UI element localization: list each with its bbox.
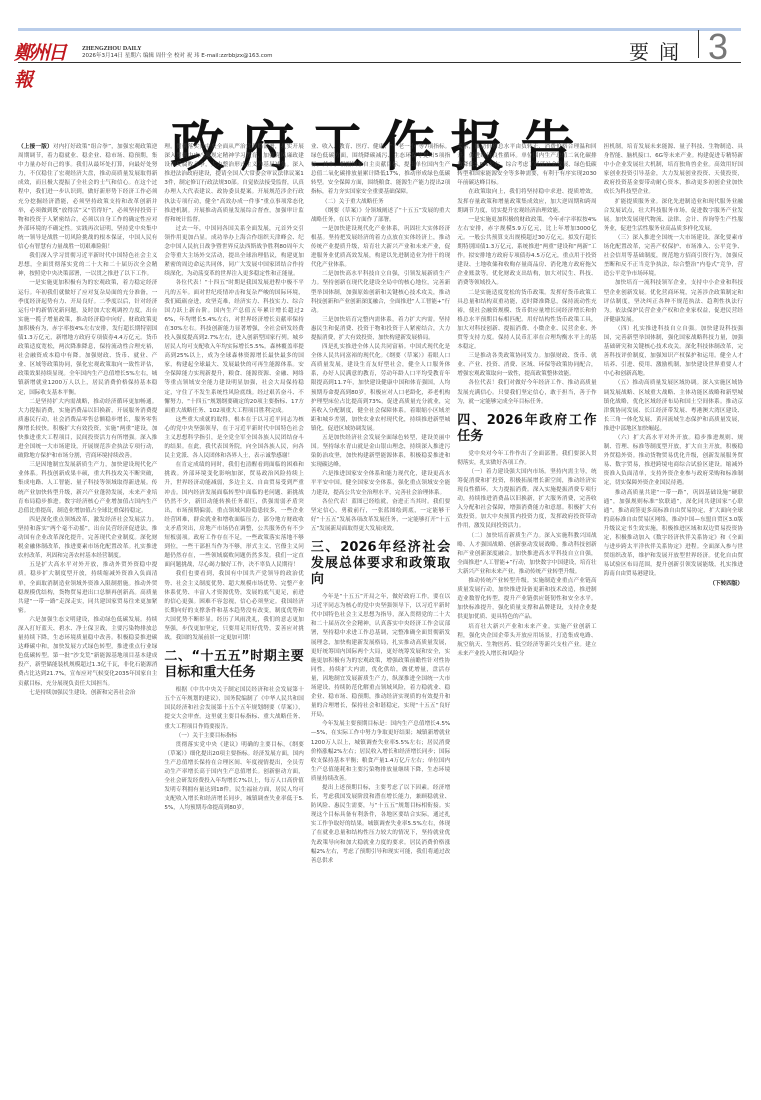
paragraph: 我们深入学习贯彻习近平新时代中国特色社会主义思想，全面贯彻落实党的二十大和二十届… [18,252,157,279]
paragraph: 推动高质量共建“一带一路”，巩固基础设施“硬联通”，加强规则标准“软联通”，深化… [604,489,743,580]
paragraph: 关系，推动价格总水平由负转正，消费价格合理温和回升，促进经济良性循环。单位国内生… [457,143,596,188]
paragraph: 根据《中共中央关于制定国民经济和社会发展第十五个五年规划的建议》，国务院编制了《… [164,686,303,731]
column-4: 关系，推动价格总水平由负转正，消费价格合理温和回升，促进经济良性循环。单位国内生… [457,143,596,1100]
date-line: 2026年3月14日 星期六 编辑 周什全 校对 祝 玮 E-mail:zzrb… [82,53,273,60]
paragraph: 扩能提质服务业。深化先进制造业和现代服务业融合发展试点，壮大科技服务市场，促进数… [604,198,743,234]
continued-note: （下转四版） [604,580,743,589]
paragraph: 这些重大成就的取得，根本在于以习近平同志为核心的党中央坚强领导，在于习近平新时代… [164,416,303,461]
paragraph: 过去一年，中国同各国关系全面发展，元首外交引领作用更加凸显。成功举办上海合作组织… [164,225,303,280]
article-columns: （上接一版）对内打好政策“组合拳”，加强宏观政策逆周期调节，着力稳就业、稳企业、… [18,143,743,1100]
paragraph: 今年发展主要预期目标是：国内生产总值增长4.5%—5%，在实际工作中努力争取更好… [311,720,450,784]
paragraph: 推动传统产业转型升级。实施制造业重点产业链高质量发展行动，加快推进设备更新和技术… [457,577,596,622]
paragraph: 贯彻落实党中央《建议》明确的主要目标，《纲要（草案）》细化提出20项主要指标。经… [164,741,303,814]
paragraph: 四是深化重点领域改革，激发经济社会发展活力。坚持和落实“两个毫不动摇”，出台民营… [18,516,157,561]
paragraph: 提出上述预期目标，主要考虑了以下因素。经济增长，考虑我国发展阶段和潜在增长能力，… [311,784,450,866]
paragraph: （三）深入推进全国统一大市场建设。深化要素市场化配置改革，完善产权保护、市场准入… [604,234,743,279]
paragraph: 加快培育一流科技领军企业，支持中小企业和科技型企业创新发展。优化营商环境，完善涉… [604,279,743,324]
subsection-heading: （一）关于主要目标指标 [164,732,303,741]
paragraph: 六是加强生态文明建设，推动绿色低碳发展。持续深入打好蓝天、碧水、净土保卫战，主要… [18,616,157,689]
paragraph: 在政策取向上，我们将坚持稳中求进、提质增效，发挥存量政策和增量政策集成效应，加大… [457,188,596,215]
masthead-logo: 鄭州日報 [14,38,74,64]
paragraph: 培育壮大新兴产业和未来产业。实施产业创新工程，强化央企国企带头开放应用场景，打造… [457,623,596,659]
section-label: 要闻 [629,36,689,65]
english-name: ZHENGZHOU DAILY [82,46,273,53]
subsection-heading: （二）关于重大战略任务 [311,198,450,207]
paragraph: 一是加快建设现代化产业体系，巩固壮大实体经济根基。坚持把发展经济的着力点放在实体… [311,225,450,270]
paragraph: （二）加快培育新质生产力。深入实施科教兴国战略、人才强国战略、创新驱动发展战略，… [457,532,596,577]
paragraph: （五）推动高质量发展区域协调。深入实施区域协调发展战略、区域重大战略、主体功能区… [604,379,743,434]
continued-from-label: （上接一版） [18,144,53,150]
paragraph: 在肯定成绩的同时，我们也清醒看到面临的困难和挑战。外部环境变化影响加深，贸易政治… [164,461,303,570]
publication-meta: ZHENGZHOU DAILY 2026年3月14日 星期六 编辑 周什全 校对… [82,46,273,60]
paragraph: 二是加快高水平科技自立自强，引领发展新质生产力。坚持创新在现代化建设全局中的核心… [311,270,450,315]
column-2: 理。贯彻落实党中央全面从严治党战略部署，扎实开展深入贯彻中央八项规定精神学习教育… [164,143,303,1100]
header-rule [18,28,741,31]
paragraph: 一是实施更加积极有为的宏观政策，着力稳定经济运行。年初我们就做好了应对复杂局面的… [18,279,157,397]
paragraph: 今年是“十五五”开局之年，做好政府工作，要在以习近平同志为核心的党中央坚强领导下… [311,593,450,720]
paragraph: 一是实施更加积极的财政政策。今年赤字率拟按4%左右安排，赤字规模5.9万亿元，比… [457,216,596,289]
paragraph: 七是持续加强民生建设，创新和完善社会治 [18,689,157,698]
paragraph: 党中央对今年工作作出了全面部署。我们要深入贯彻落实，扎实做好各项工作。 [457,450,596,468]
paragraph-text: 对内打好政策“组合拳”，加强宏观政策逆周期调节，着力稳就业、稳企业、稳市场、稳预… [18,144,157,250]
header-underline [18,62,741,63]
paragraph: 三是推动各类政策协同发力。加强财政、货币、就业、产业、投资、消费、区域、环保等政… [457,352,596,379]
paragraph: 六是推进国家安全体系和能力现代化，建设更高水平平安中国。健全国家安全体系，强化重… [311,470,450,497]
paragraph: 五是扩大高水平对外开放，推动外贸外资稳中提质。稳步扩大制度型开放，持续缩减外资准… [18,561,157,616]
paragraph: 理。贯彻落实党中央全面从严治党战略部署，扎实开展深入贯彻中央八项规定精神学习教育… [164,143,303,225]
paragraph: 各位代表！“十四五”时期是我国发展进程中极不平凡的五年。面对世纪疫情冲击和复杂严… [164,279,303,415]
column-5: 担机制，培育发展未来能源、量子科技、生物制造、具身智能、脑机接口、6G等未来产业… [604,143,743,1100]
paragraph: 五是加快经济社会发展全面绿色转型，建设美丽中国。坚持绿水青山就是金山银山理念，持… [311,434,450,470]
paragraph: （六）扩大高水平对外开放。稳步推进规则、规制、管理、标准等制度型开放，扩大自主开… [604,434,743,489]
paragraph: 三是因地制宜发展新质生产力，加快建设现代化产业体系。科技创新成果丰硕，重大科技攻… [18,461,157,516]
column-3: 业、收入、教育、医疗、健康、“一老一小”等7项指标。绿色低碳方面，围绕降碳减污、… [311,143,450,1100]
section-heading: 二、“十五五”时期主要目标和重大任务 [164,649,303,681]
paragraph: （四）扎实推进科技自立自强。加快建设科技强国，完善新型举国体制，强化国家战略科技… [604,325,743,380]
paragraph: 业、收入、教育、医疗、健康、“一老一小”等7项指标。绿色低碳方面，围绕降碳减污、… [311,143,450,198]
section-heading: 四、2026年政府工作任务 [457,413,596,445]
paragraph: （上接一版）对内打好政策“组合拳”，加强宏观政策逆周期调节，着力稳就业、稳企业、… [18,143,157,252]
section-heading: 三、2026年经济社会发展总体要求和政策取向 [311,540,450,588]
paragraph: 我们也要看到，我国有中国共产党领导的政治优势、社会主义制度优势、超大规模市场优势… [164,570,303,643]
paragraph: 二是实施适度宽松的货币政策。发挥好货币政策工具总量和结构双重功能，适时降准降息，… [457,289,596,353]
paragraph: 四是扎实推进全体人民共同富裕。中国式现代化是全体人民共同富裕的现代化。《纲要（草… [311,343,450,434]
divider [698,30,699,58]
column-1: （上接一版）对内打好政策“组合拳”，加强宏观政策逆周期调节，着力稳就业、稳企业、… [18,143,157,1100]
paragraph: 各位代表！我们对做好今年经济工作、推动高质量发展充满信心。只要我们坚定信心，敢于… [457,379,596,406]
paragraph: 担机制，培育发展未来能源、量子科技、生物制造、具身智能、脑机接口、6G等未来产业… [604,143,743,198]
paragraph: （一）着力建设强大国内市场。坚持内需主导，统筹促消费和扩投资，积极拓展增长新空间… [457,468,596,532]
paragraph: 三是加快培育完整内需体系，着力扩大内需。坚持惠民生和促消费、投资于物和投资于人紧… [311,316,450,343]
paragraph: 《纲要（草案）》分领域阐述了“十五五”发展的重大战略任务，在以下方面作了部署。 [311,207,450,225]
paragraph: 二是坚持扩大内需战略，推动经济循环更加畅通。大力提振消费，实施消费品以旧换新，开… [18,398,157,462]
paragraph: 各位代表！蓝图已经绘就，奋进正当其时。我们要坚定信心，勇毅前行，一张蓝图绘到底，… [311,498,450,534]
